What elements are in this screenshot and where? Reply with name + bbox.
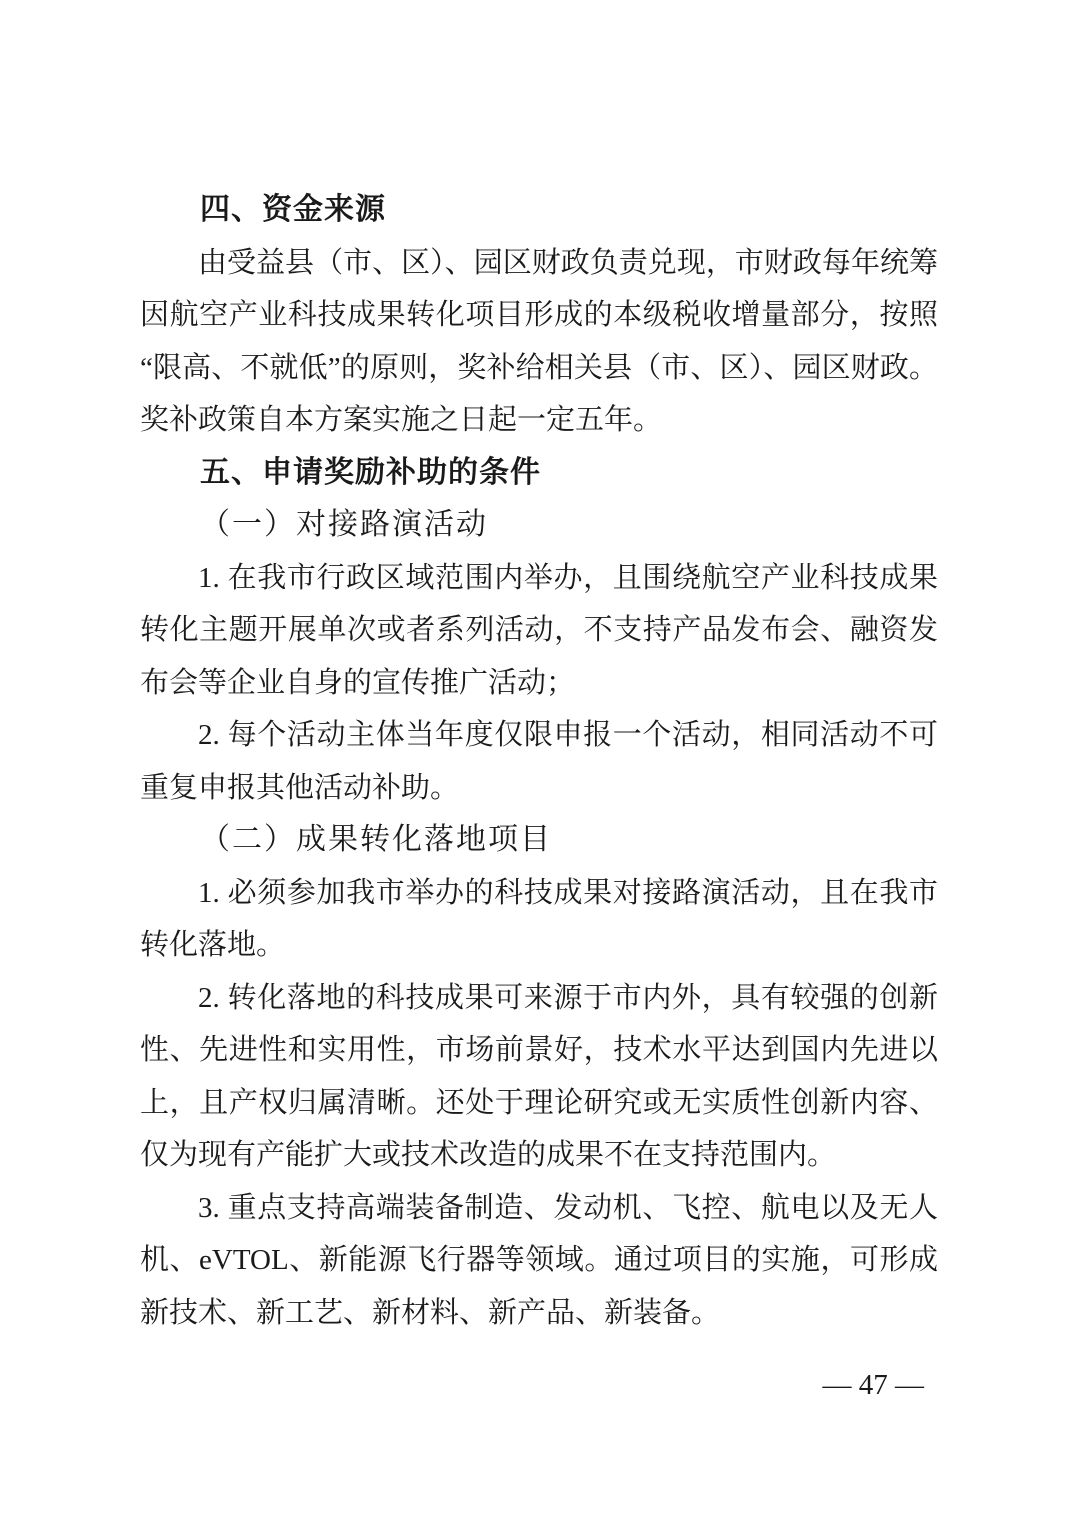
section-heading-award-conditions: 五、申请奖励补助的条件 [140,447,938,500]
page-number: — 47 — [140,1359,938,1412]
paragraph-roadshow-item-1: 1. 在我市行政区域范围内举办，且围绕航空产业科技成果转化主题开展单次或者系列活… [140,552,938,710]
section-heading-funding-source: 四、资金来源 [140,184,938,237]
document-page: 四、资金来源 由受益县（市、区）、园区财政负责兑现，市财政每年统筹因航空产业科技… [0,0,1074,1520]
subheading-roadshow-activities: （一）对接路演活动 [140,499,938,552]
paragraph-landing-item-3: 3. 重点支持高端装备制造、发动机、飞控、航电以及无人机、eVTOL、新能源飞行… [140,1182,938,1340]
paragraph-roadshow-item-2: 2. 每个活动主体当年度仅限申报一个活动，相同活动不可重复申报其他活动补助。 [140,709,938,814]
paragraph-funding-source: 由受益县（市、区）、园区财政负责兑现，市财政每年统筹因航空产业科技成果转化项目形… [140,237,938,447]
paragraph-landing-item-2: 2. 转化落地的科技成果可来源于市内外，具有较强的创新性、先进性和实用性，市场前… [140,972,938,1182]
subheading-landing-projects: （二）成果转化落地项目 [140,814,938,867]
paragraph-landing-item-1: 1. 必须参加我市举办的科技成果对接路演活动，且在我市转化落地。 [140,867,938,972]
